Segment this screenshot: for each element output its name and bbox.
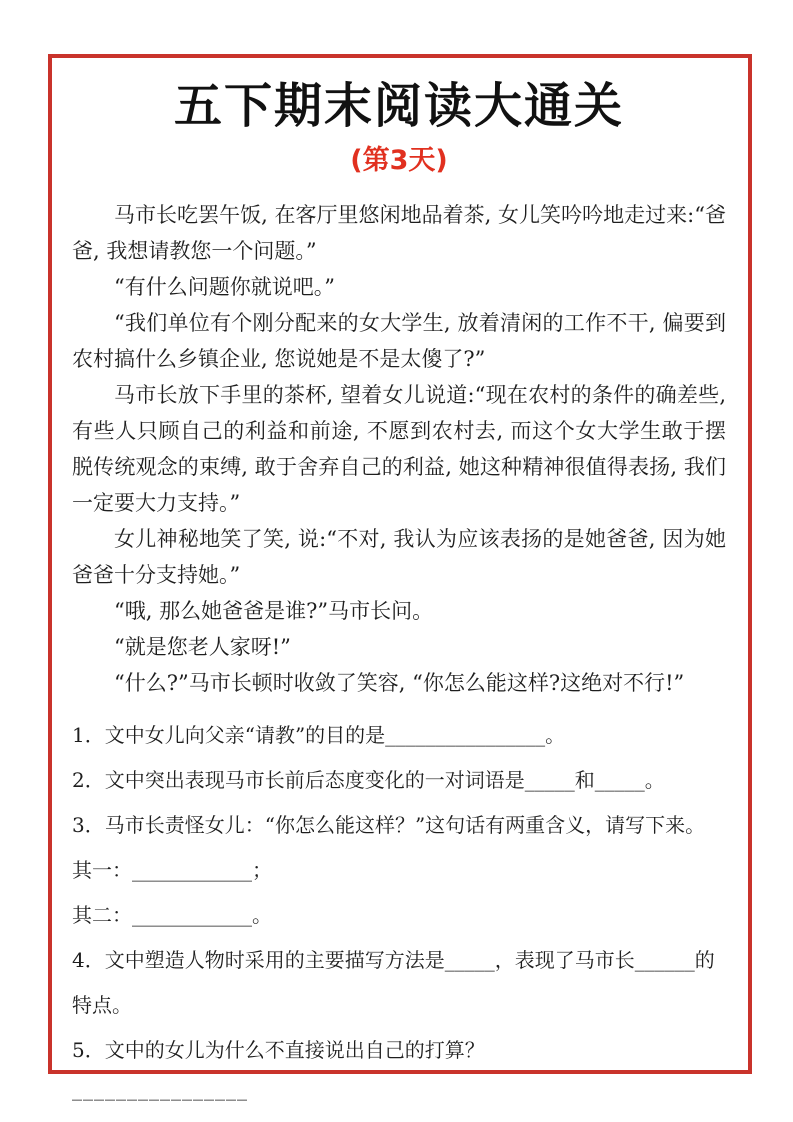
- page-subtitle: (第3天): [72, 138, 726, 177]
- reading-passage: 马市长吃罢午饭, 在客厅里悠闲地品着茶, 女儿笑吟吟地走过来:“爸爸, 我想请教…: [72, 197, 726, 701]
- question-4: 4．文中塑造人物时采用的主要描写方法是_____，表现了马市长______的特点…: [72, 938, 726, 1028]
- question-2: 2．文中突出表现马市长前后态度变化的一对词语是_____和_____。: [72, 758, 726, 803]
- page-border-frame: 五下期末阅读大通关 (第3天) 马市长吃罢午饭, 在客厅里悠闲地品着茶, 女儿笑…: [48, 54, 752, 1074]
- passage-paragraph-2: “有什么问题你就说吧。”: [72, 269, 726, 305]
- questions-section: 1．文中女儿向父亲“请教”的目的是________________。 2．文中突…: [72, 713, 726, 1073]
- passage-paragraph-5: 女儿神秘地笑了笑, 说:“不对, 我认为应该表扬的是她爸爸, 因为她爸爸十分支持…: [72, 521, 726, 593]
- question-3: 3．马市长责怪女儿：“你怎么能这样？”这句话有两重含义，请写下来。: [72, 803, 726, 848]
- passage-paragraph-6: “哦, 那么她爸爸是谁?”马市长问。: [72, 593, 726, 629]
- question-5-answer-blank-line: ________________: [72, 1077, 726, 1101]
- question-3-answer-line-2: 其二：____________。: [72, 893, 726, 938]
- question-3-answer-line-1: 其一：____________；: [72, 848, 726, 893]
- passage-paragraph-4: 马市长放下手里的茶杯, 望着女儿说道:“现在农村的条件的确差些, 有些人只顾自己…: [72, 377, 726, 521]
- passage-paragraph-3: “我们单位有个刚分配来的女大学生, 放着清闲的工作不干, 偏要到农村搞什么乡镇企…: [72, 305, 726, 377]
- passage-paragraph-1: 马市长吃罢午饭, 在客厅里悠闲地品着茶, 女儿笑吟吟地走过来:“爸爸, 我想请教…: [72, 197, 726, 269]
- page-title: 五下期末阅读大通关: [72, 78, 726, 136]
- question-5: 5．文中的女儿为什么不直接说出自己的打算？: [72, 1028, 726, 1073]
- question-1: 1．文中女儿向父亲“请教”的目的是________________。: [72, 713, 726, 758]
- passage-paragraph-7: “就是您老人家呀!”: [72, 629, 726, 665]
- passage-paragraph-8: “什么?”马市长顿时收敛了笑容, “你怎么能这样?这绝对不行!”: [72, 665, 726, 701]
